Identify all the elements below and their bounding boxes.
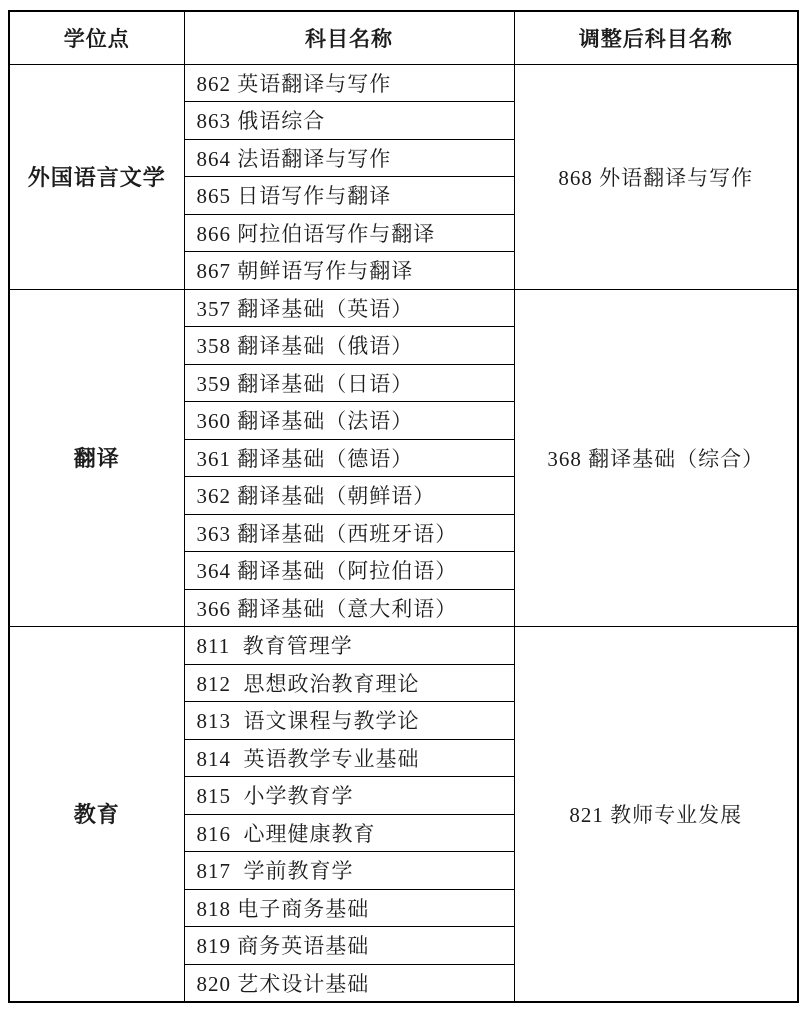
adjusted-subject-cell: 868 外语翻译与写作 — [514, 64, 798, 289]
table-row: 教育 811 教育管理学 821 教师专业发展 — [9, 627, 798, 665]
subject-cell: 866 阿拉伯语写作与翻译 — [184, 214, 514, 252]
subject-cell: 813 语文课程与教学论 — [184, 702, 514, 740]
subject-cell: 357 翻译基础（英语） — [184, 289, 514, 327]
column-header-degree-point: 学位点 — [9, 11, 184, 64]
adjusted-subject-cell: 821 教师专业发展 — [514, 627, 798, 1002]
column-header-adjusted-subject-name: 调整后科目名称 — [514, 11, 798, 64]
degree-point-cell: 外国语言文学 — [9, 64, 184, 289]
subject-cell: 362 翻译基础（朝鲜语） — [184, 477, 514, 515]
table-row: 外国语言文学 862 英语翻译与写作 868 外语翻译与写作 — [9, 64, 798, 102]
subject-cell: 865 日语写作与翻译 — [184, 177, 514, 215]
degree-point-cell: 教育 — [9, 627, 184, 1002]
subject-cell: 811 教育管理学 — [184, 627, 514, 665]
subject-cell: 363 翻译基础（西班牙语） — [184, 514, 514, 552]
subject-cell: 361 翻译基础（德语） — [184, 439, 514, 477]
header-row: 学位点 科目名称 调整后科目名称 — [9, 11, 798, 64]
document-page: 学位点 科目名称 调整后科目名称 外国语言文学 862 英语翻译与写作 868 … — [0, 0, 806, 1011]
subject-cell: 358 翻译基础（俄语） — [184, 327, 514, 365]
subject-cell: 862 英语翻译与写作 — [184, 64, 514, 102]
subject-cell: 366 翻译基础（意大利语） — [184, 589, 514, 627]
subject-cell: 817 学前教育学 — [184, 852, 514, 890]
subject-cell: 812 思想政治教育理论 — [184, 664, 514, 702]
subject-cell: 818 电子商务基础 — [184, 889, 514, 927]
subject-cell: 359 翻译基础（日语） — [184, 364, 514, 402]
column-header-subject-name: 科目名称 — [184, 11, 514, 64]
subject-adjustment-table: 学位点 科目名称 调整后科目名称 外国语言文学 862 英语翻译与写作 868 … — [8, 10, 799, 1003]
subject-cell: 360 翻译基础（法语） — [184, 402, 514, 440]
subject-cell: 364 翻译基础（阿拉伯语） — [184, 552, 514, 590]
subject-cell: 816 心理健康教育 — [184, 814, 514, 852]
subject-cell: 814 英语教学专业基础 — [184, 739, 514, 777]
table-row: 翻译 357 翻译基础（英语） 368 翻译基础（综合） — [9, 289, 798, 327]
subject-cell: 867 朝鲜语写作与翻译 — [184, 252, 514, 290]
subject-cell: 815 小学教育学 — [184, 777, 514, 815]
subject-cell: 864 法语翻译与写作 — [184, 139, 514, 177]
subject-cell: 820 艺术设计基础 — [184, 964, 514, 1002]
degree-point-cell: 翻译 — [9, 289, 184, 627]
subject-cell: 819 商务英语基础 — [184, 927, 514, 965]
subject-cell: 863 俄语综合 — [184, 102, 514, 140]
adjusted-subject-cell: 368 翻译基础（综合） — [514, 289, 798, 627]
